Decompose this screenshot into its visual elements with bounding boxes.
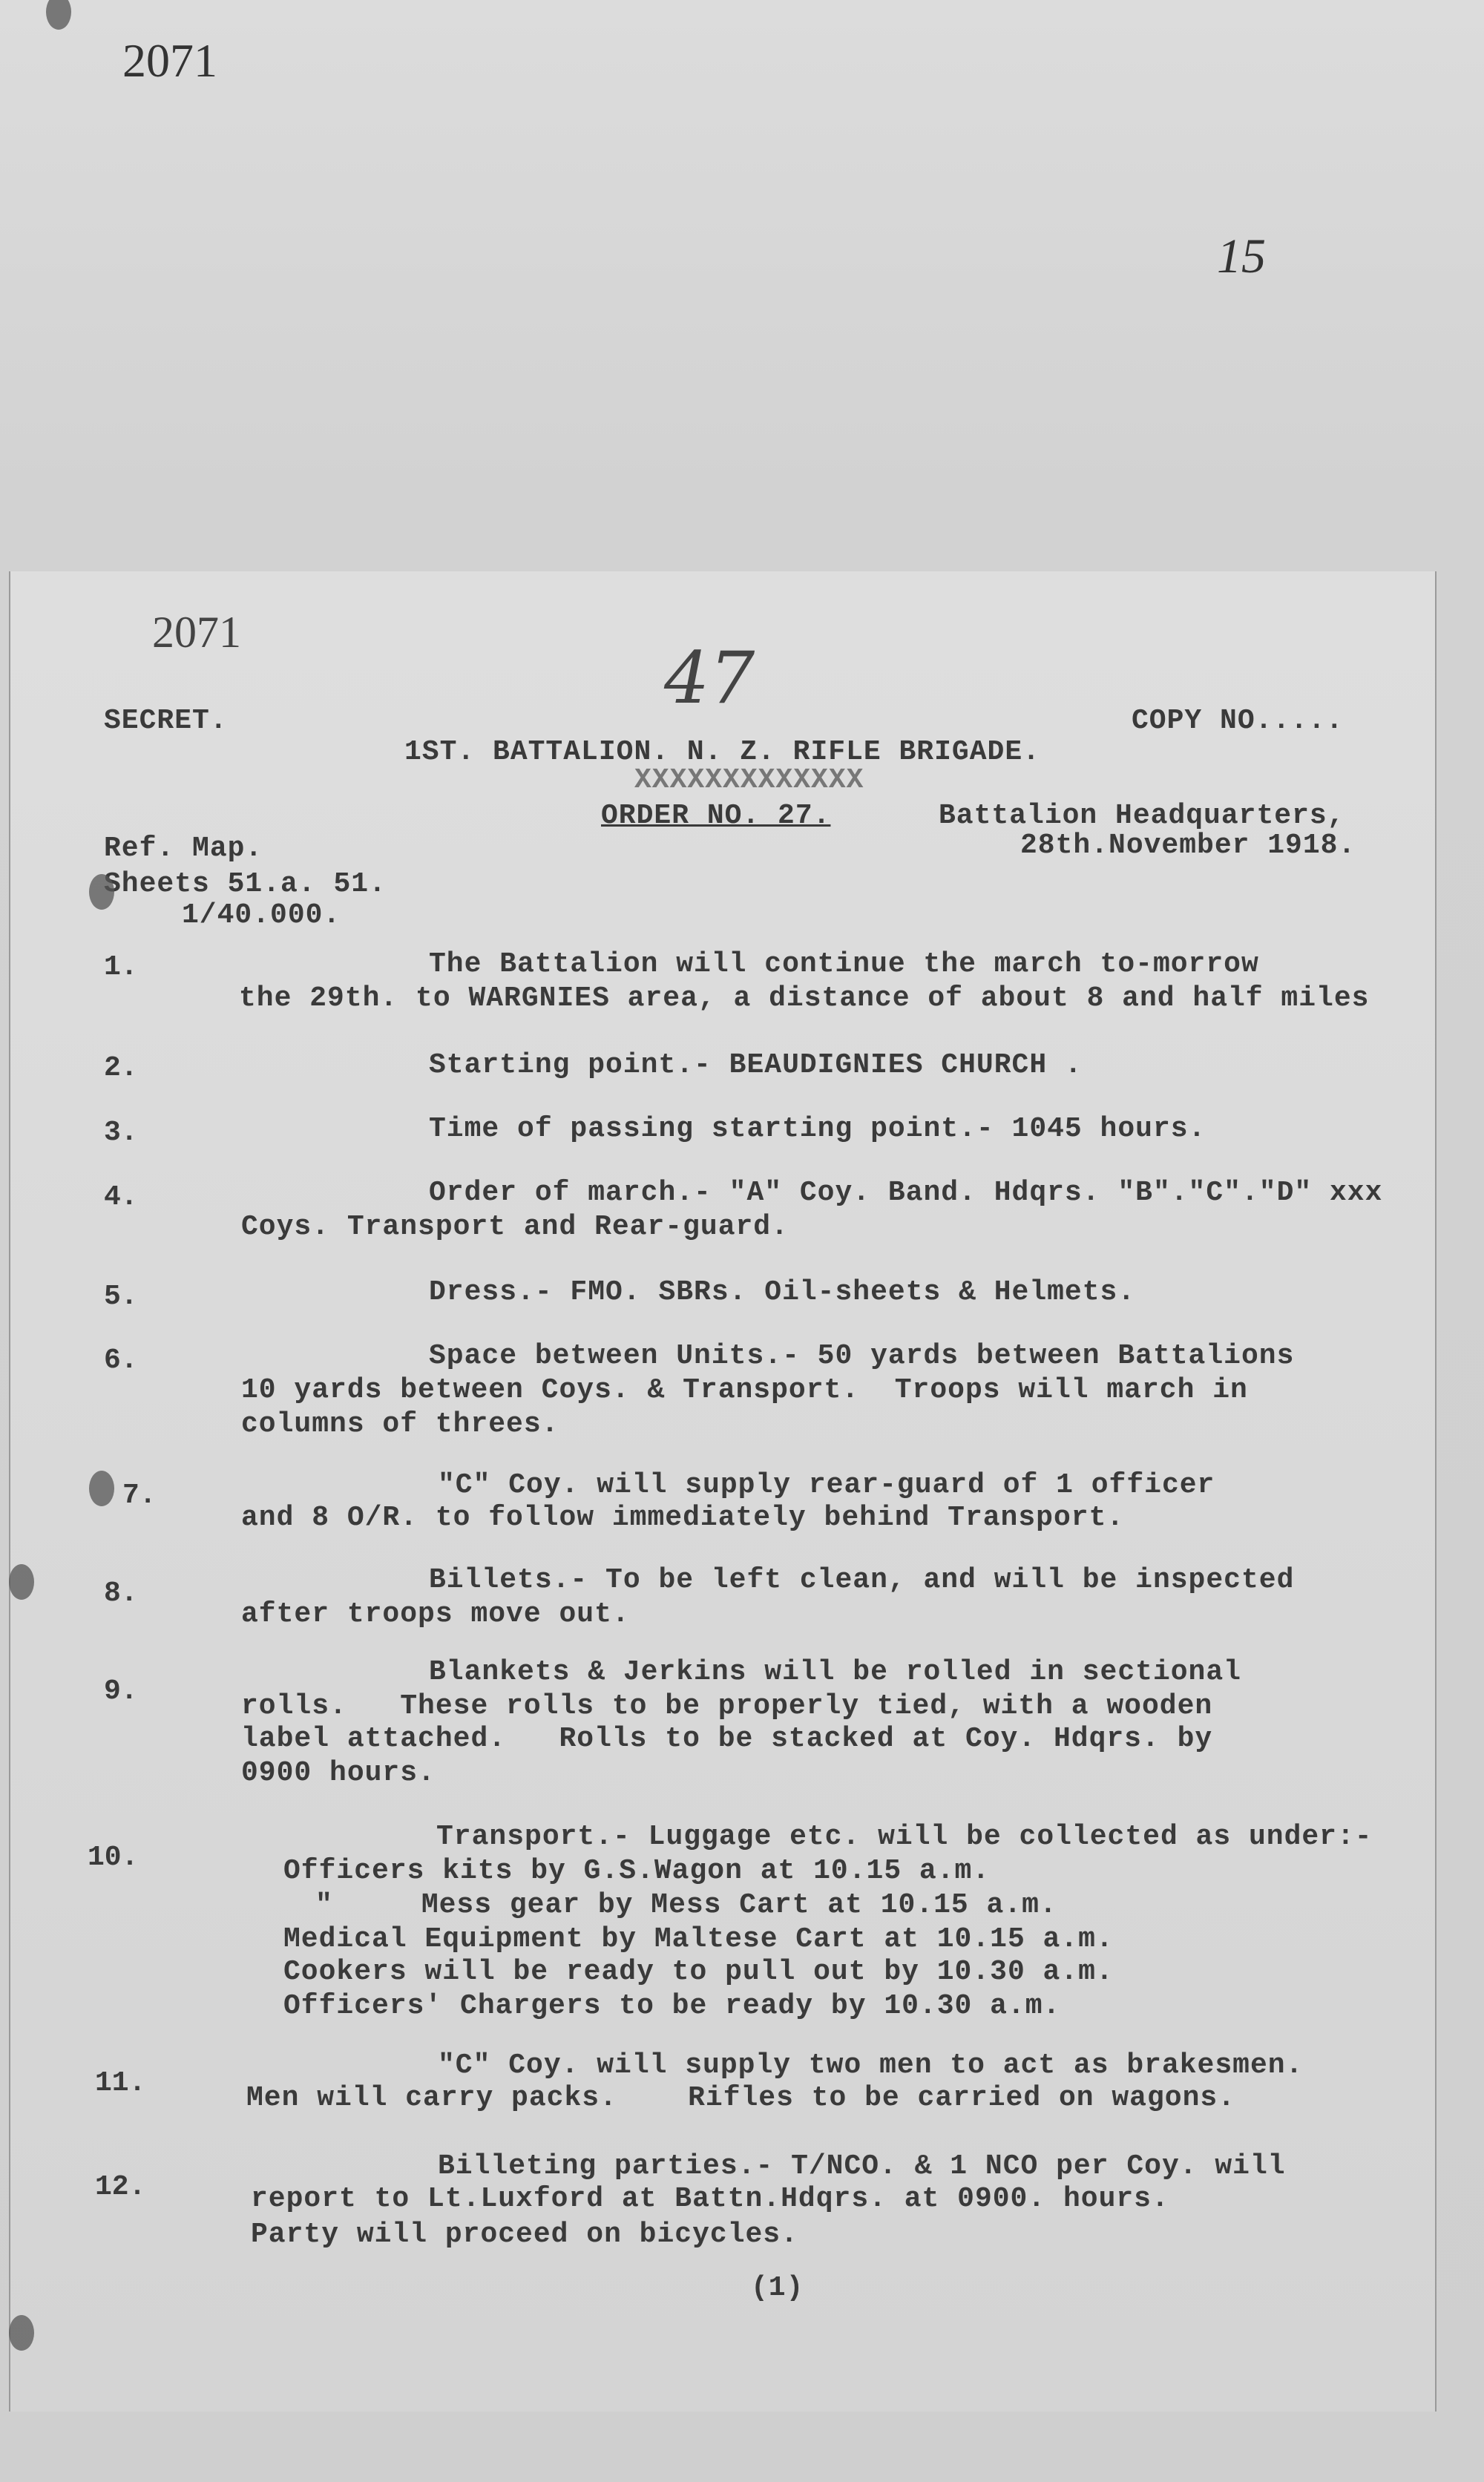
para-line: Billets.- To be left clean, and will be … [429,1564,1294,1596]
para-number: 3. [104,1117,138,1149]
ref-map-line2: Sheets 51.a. 51. [104,868,387,900]
handwritten-mark: 47 [664,637,755,720]
para-number: 10. [88,1842,138,1874]
para-line: Order of march.- "A" Coy. Band. Hdqrs. "… [429,1177,1382,1209]
punch-hole-icon [89,874,114,910]
para-number: 1. [104,951,138,983]
para-line: Time of passing starting point.- 1045 ho… [429,1113,1206,1145]
para-line: rolls. These rolls to be properly tied, … [241,1690,1212,1722]
location: Battalion Headquarters, [939,800,1345,832]
para-line: label attached. Rolls to be stacked at C… [241,1723,1212,1755]
para-number: 6. [104,1345,138,1376]
para-line: report to Lt.Luxford at Battn.Hdqrs. at … [251,2183,1169,2215]
ref-map-line1: Ref. Map. [104,833,263,864]
para-line: Party will proceed on bicycles. [251,2219,798,2250]
para-line: "C" Coy. will supply rear-guard of 1 off… [438,1469,1215,1501]
para-line: the 29th. to WARGNIES area, a distance o… [239,982,1369,1014]
para-number: 9. [104,1675,138,1707]
date: 28th.November 1918. [1020,830,1356,861]
para-line: Blankets & Jerkins will be rolled in sec… [429,1656,1241,1688]
punch-hole-icon [89,1471,114,1506]
para-line: Cookers will be ready to pull out by 10.… [283,1956,1114,1988]
para-line: Officers' Chargers to be ready by 10.30 … [283,1990,1060,2022]
archive-number-sheet: 2071 [152,607,241,658]
para-line: Starting point.- BEAUDIGNIES CHURCH . [429,1049,1083,1081]
para-line: " Mess gear by Mess Cart at 10.15 a.m. [315,1889,1057,1921]
para-line: "C" Coy. will supply two men to act as b… [438,2049,1303,2081]
para-line: and 8 O/R. to follow immediately behind … [241,1502,1124,1534]
para-line: Space between Units.- 50 yards between B… [429,1340,1294,1372]
para-number: 4. [104,1181,138,1213]
para-line: columns of threes. [241,1408,559,1440]
order-title: ORDER NO. 27. [601,800,830,832]
punch-hole-icon [9,1564,34,1600]
para-line: Men will carry packs. Rifles to be carri… [246,2082,1235,2114]
ref-map-line3: 1/40.000. [182,899,341,931]
para-line: Transport.- Luggage etc. will be collect… [436,1821,1373,1853]
para-line: Coys. Transport and Rear-guard. [241,1211,789,1243]
folio-number: 15 [1217,229,1266,285]
para-number: 11. [95,2067,145,2099]
struck-line: XXXXXXXXXXXXX [634,764,864,796]
para-number: 8. [104,1577,138,1609]
copy-number: COPY NO..... [1132,705,1344,737]
classification: SECRET. [104,705,228,737]
punch-hole-icon [9,2315,34,2351]
para-number: 2. [104,1052,138,1084]
para-line: Officers kits by G.S.Wagon at 10.15 a.m. [283,1855,990,1887]
para-line: 0900 hours. [241,1757,436,1789]
para-line: Dress.- FMO. SBRs. Oil-sheets & Helmets. [429,1276,1135,1308]
para-number: 5. [104,1281,138,1313]
archive-number-back: 2071 [122,33,217,88]
para-number: 7. [122,1480,157,1511]
para-number: 12. [95,2171,145,2203]
para-line: Billeting parties.- T/NCO. & 1 NCO per C… [438,2150,1286,2182]
para-line: 10 yards between Coys. & Transport. Troo… [241,1374,1248,1406]
para-line: Medical Equipment by Maltese Cart at 10.… [283,1923,1114,1955]
page-number: (1) [751,2272,804,2304]
para-line: after troops move out. [241,1598,630,1630]
unit-heading: 1ST. BATTALION. N. Z. RIFLE BRIGADE. [404,736,1040,768]
para-line: The Battalion will continue the march to… [429,948,1259,980]
